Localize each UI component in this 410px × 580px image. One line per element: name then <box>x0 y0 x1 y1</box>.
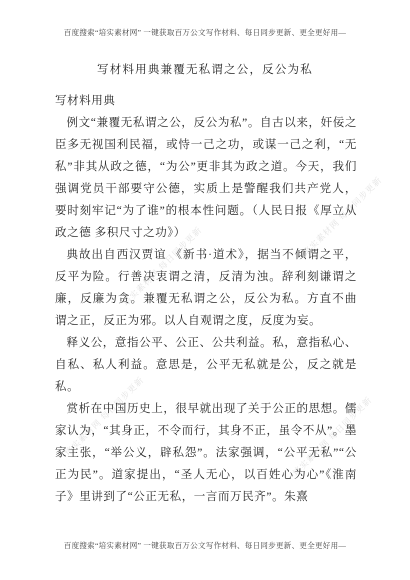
document-page: 百度搜索“培实素材网” 一键获取百万公文写作材料、每日同步更新、更全更好用— 培… <box>0 0 410 580</box>
document-body: 写材料用典 例文“兼覆无私谓之公，反公为私”。自古以来，奸佞之臣多无视国利民福，… <box>55 90 357 508</box>
paragraph: 典故出自西汉贾谊 《新书·道术》，据当不倾谓之平，反平为险。行善决衷谓之清，反清… <box>55 244 357 332</box>
section-heading: 写材料用典 <box>55 90 357 112</box>
page-header-text: 百度搜索“培实素材网” 一键获取百万公文写作材料、每日同步更新、更全更好用— <box>0 27 410 38</box>
document-title: 写材料用典兼覆无私谓之公，反公为私 <box>0 61 410 77</box>
paragraph: 释义公，意指公平、公正、公共利益。私，意指私心、自私、私人利益。意思是，公平无私… <box>55 332 357 398</box>
paragraph: 例文“兼覆无私谓之公，反公为私”。自古以来，奸佞之臣多无视国利民福，或恃一己之功… <box>55 112 357 244</box>
paragraph: 赏析在中国历史上，很早就出现了关于公正的思想。儒家认为，“其身正，不令而行，其身… <box>55 398 357 508</box>
page-footer-text: 百度搜索“培实素材网” 一键获取百万公文写作材料、每日同步更新、更全更好用— <box>0 540 410 551</box>
paragraph-list: 例文“兼覆无私谓之公，反公为私”。自古以来，奸佞之臣多无视国利民福，或恃一己之功… <box>55 112 357 508</box>
